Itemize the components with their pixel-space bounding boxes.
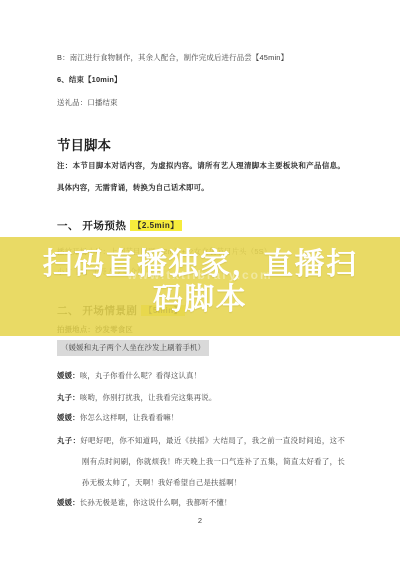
script-note: 注：本节目脚本对话内容，为虚拟内容。请所有艺人理清脚本主要板块和产品信息。具体内… — [57, 155, 345, 199]
dialogue-text: 咳哟，你别打扰我，让我看完这集再说。 — [80, 393, 217, 402]
dialogue-line: 媛媛：长孙无极是谁，你这说什么啊，我都听不懂！ — [57, 492, 345, 513]
speaker-label: 媛媛： — [57, 413, 80, 422]
section1-title: 一、 开场预热 — [57, 220, 126, 232]
watermark-title: 扫码直播独家，直播扫码脚本 — [40, 247, 360, 317]
speaker-label: 丸子： — [57, 436, 80, 445]
stage-direction: （媛媛和丸子两个人坐在沙发上刷着手机） — [57, 340, 209, 356]
script-line-gift: 送礼品：口播结束 — [57, 97, 345, 108]
section1-duration-highlight: 【2.5min】 — [130, 220, 181, 231]
speaker-label: 媛媛： — [57, 371, 80, 380]
page-number: 2 — [0, 516, 400, 525]
section1-heading: 一、 开场预热【2.5min】 — [57, 218, 182, 233]
document-page: B：南江进行食物制作，其余人配合，制作完成后进行品尝【45min】 6、结束【1… — [0, 0, 400, 566]
script-line-b: B：南江进行食物制作，其余人配合，制作完成后进行品尝【45min】 — [57, 52, 345, 63]
dialogue-line: 媛媛：你怎么这样啊，让我看看嘛！ — [57, 407, 345, 428]
dialogue-line: 丸子：好吧好吧，你不知道吗，最近《扶摇》大结局了，我之前一直没时间追，这不刚有点… — [57, 430, 345, 493]
script-line-end: 6、结束【10min】 — [57, 74, 345, 85]
dialogue-text: 你怎么这样啊，让我看看嘛！ — [80, 413, 179, 422]
dialogue-text: 好吧好吧，你不知道吗，最近《扶摇》大结局了，我之前一直没时间追，这不刚有点时间刷… — [80, 436, 345, 487]
speaker-label: 媛媛： — [57, 498, 80, 507]
speaker-label: 丸子： — [57, 393, 80, 402]
dialogue-line: 媛媛：咳，丸子你看什么呢？看得这认真！ — [57, 365, 345, 386]
dialogue-line: 丸子：咳哟，你别打扰我，让我看完这集再说。 — [57, 387, 345, 408]
dialogue-text: 长孙无极是谁，你这说什么啊，我都听不懂！ — [80, 498, 232, 507]
dialogue-text: 咳，丸子你看什么呢？看得这认真！ — [80, 371, 201, 380]
page-title: 节目脚本 — [57, 134, 111, 154]
